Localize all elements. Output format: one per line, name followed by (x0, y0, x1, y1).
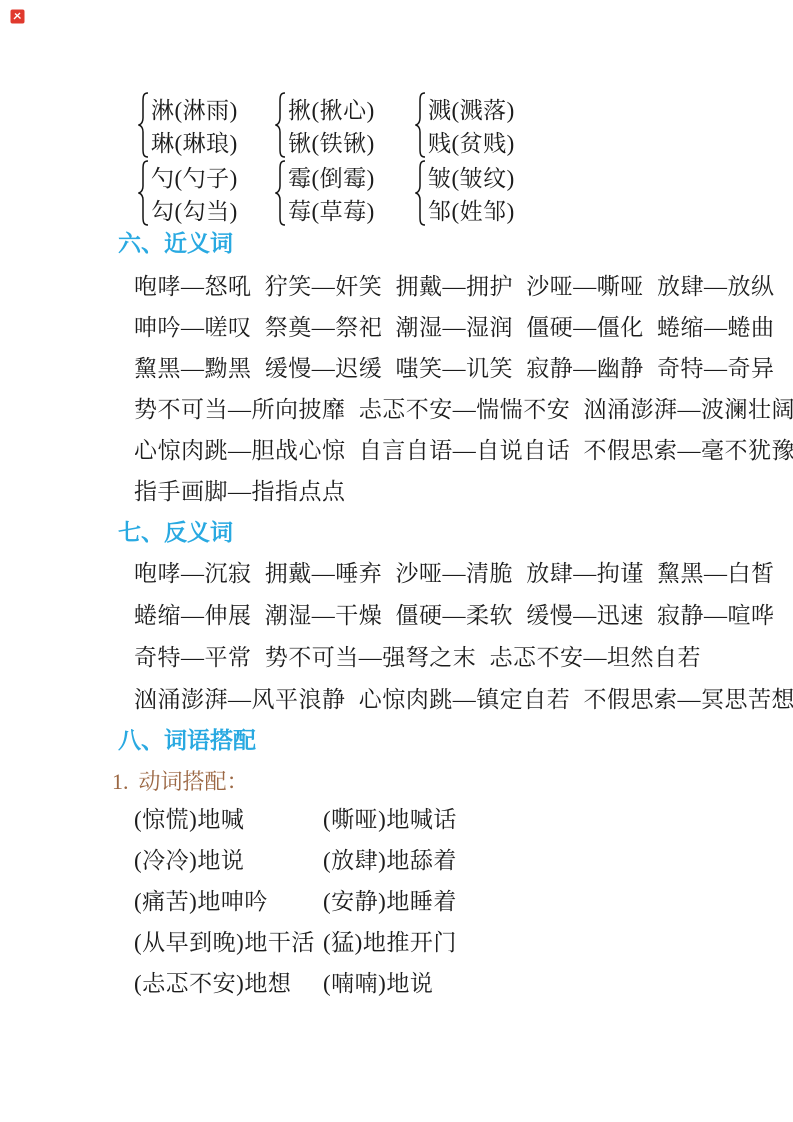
collocation-item: (从早到晚)地干活 (134, 922, 323, 963)
char-pair-bottom: 锹(铁锹) (288, 127, 375, 160)
char-group: 勺(勺子) 勾(勾当) (138, 161, 275, 229)
collocation-item: (放肆)地舔着 (323, 840, 457, 881)
char-pair-bottom: 邹(姓邹) (428, 195, 515, 228)
collocation-item: (嘶哑)地喊话 (323, 799, 457, 840)
char-group: 皱(皱纹) 邹(姓邹) (415, 161, 515, 229)
collocation-item: (痛苦)地呻吟 (134, 881, 323, 922)
synonym-line: 势不可当—所向披靡 忐忑不安—惴惴不安 汹涌澎湃—波澜壮阔 (134, 389, 793, 430)
synonym-line: 咆哮—怒吼 狞笑—奸笑 拥戴—拥护 沙哑—嘶哑 放肆—放纵 (134, 266, 793, 307)
collocation-item: (忐忑不安)地想 (134, 963, 323, 1004)
char-pair-top: 揪(揪心) (288, 94, 375, 127)
char-pair-bottom: 贱(贫贱) (428, 127, 515, 160)
collocation-item: (惊慌)地喊 (134, 799, 323, 840)
char-pair-bottom: 勾(勾当) (151, 195, 238, 228)
left-brace-icon (275, 92, 287, 163)
collocation-item: (冷冷)地说 (134, 840, 323, 881)
char-pair-bottom: 莓(草莓) (288, 195, 375, 228)
collocation-item: (喃喃)地说 (323, 963, 457, 1004)
antonym-line: 汹涌澎湃—风平浪静 心惊肉跳—镇定自若 不假思索—冥思苦想 (134, 679, 793, 721)
char-pair-top: 霉(倒霉) (288, 162, 375, 195)
antonym-line: 咆哮—沉寂 拥戴—唾弃 沙哑—清脆 放肆—拘谨 黧黑—白皙 (134, 553, 793, 595)
char-group: 溅(溅落) 贱(贫贱) (415, 93, 515, 161)
char-pair-top: 溅(溅落) (428, 94, 515, 127)
char-pair-top: 皱(皱纹) (428, 162, 515, 195)
section-heading-antonyms: 七、反义词 (118, 519, 233, 545)
left-brace-icon (415, 160, 427, 231)
collocation-item: (猛)地推开门 (323, 922, 457, 963)
char-pair-top: 淋(淋雨) (151, 94, 238, 127)
char-pair-top: 勺(勺子) (151, 162, 238, 195)
char-pair-bottom: 琳(琳琅) (151, 127, 238, 160)
synonym-line: 呻吟—嗟叹 祭奠—祭祀 潮湿—湿润 僵硬—僵化 蜷缩—蜷曲 (134, 307, 793, 348)
char-group: 揪(揪心) 锹(铁锹) (275, 93, 415, 161)
subheading-label: 动词搭配： (139, 769, 249, 794)
collocation-item: (安静)地睡着 (323, 881, 457, 922)
document-page: 淋(淋雨) 琳(琳琅) 揪(揪心) 锹(铁锹) 溅(溅落) 贱(贫贱) (0, 0, 793, 1122)
char-group: 霉(倒霉) 莓(草莓) (275, 161, 415, 229)
character-groups: 淋(淋雨) 琳(琳琅) 揪(揪心) 锹(铁锹) 溅(溅落) 贱(贫贱) (138, 93, 515, 229)
antonym-list: 咆哮—沉寂 拥戴—唾弃 沙哑—清脆 放肆—拘谨 黧黑—白皙 蜷缩—伸展 潮湿—干… (134, 553, 793, 721)
antonym-line: 蜷缩—伸展 潮湿—干燥 僵硬—柔软 缓慢—迅速 寂静—喧哗 (134, 595, 793, 637)
collocation-grid: (惊慌)地喊 (嘶哑)地喊话 (冷冷)地说 (放肆)地舔着 (痛苦)地呻吟 (安… (134, 799, 457, 1004)
left-brace-icon (138, 160, 150, 231)
synonym-list: 咆哮—怒吼 狞笑—奸笑 拥戴—拥护 沙哑—嘶哑 放肆—放纵 呻吟—嗟叹 祭奠—祭… (134, 266, 793, 512)
left-brace-icon (138, 92, 150, 163)
char-group: 淋(淋雨) 琳(琳琅) (138, 93, 275, 161)
red-marker-icon (10, 9, 25, 24)
left-brace-icon (275, 160, 287, 231)
synonym-line: 黧黑—黝黑 缓慢—迟缓 嗤笑—讥笑 寂静—幽静 奇特—奇异 (134, 348, 793, 389)
synonym-line: 指手画脚—指指点点 (134, 471, 793, 512)
subheading-verb-collocation: 1.动词搭配： (112, 768, 249, 796)
synonym-line: 心惊肉跳—胆战心惊 自言自语—自说自话 不假思索—毫不犹豫 (134, 430, 793, 471)
subheading-number: 1. (112, 769, 129, 794)
left-brace-icon (415, 92, 427, 163)
section-heading-collocations: 八、词语搭配 (118, 727, 256, 753)
antonym-line: 奇特—平常 势不可当—强弩之末 忐忑不安—坦然自若 (134, 637, 793, 679)
section-heading-synonyms: 六、近义词 (118, 230, 233, 256)
